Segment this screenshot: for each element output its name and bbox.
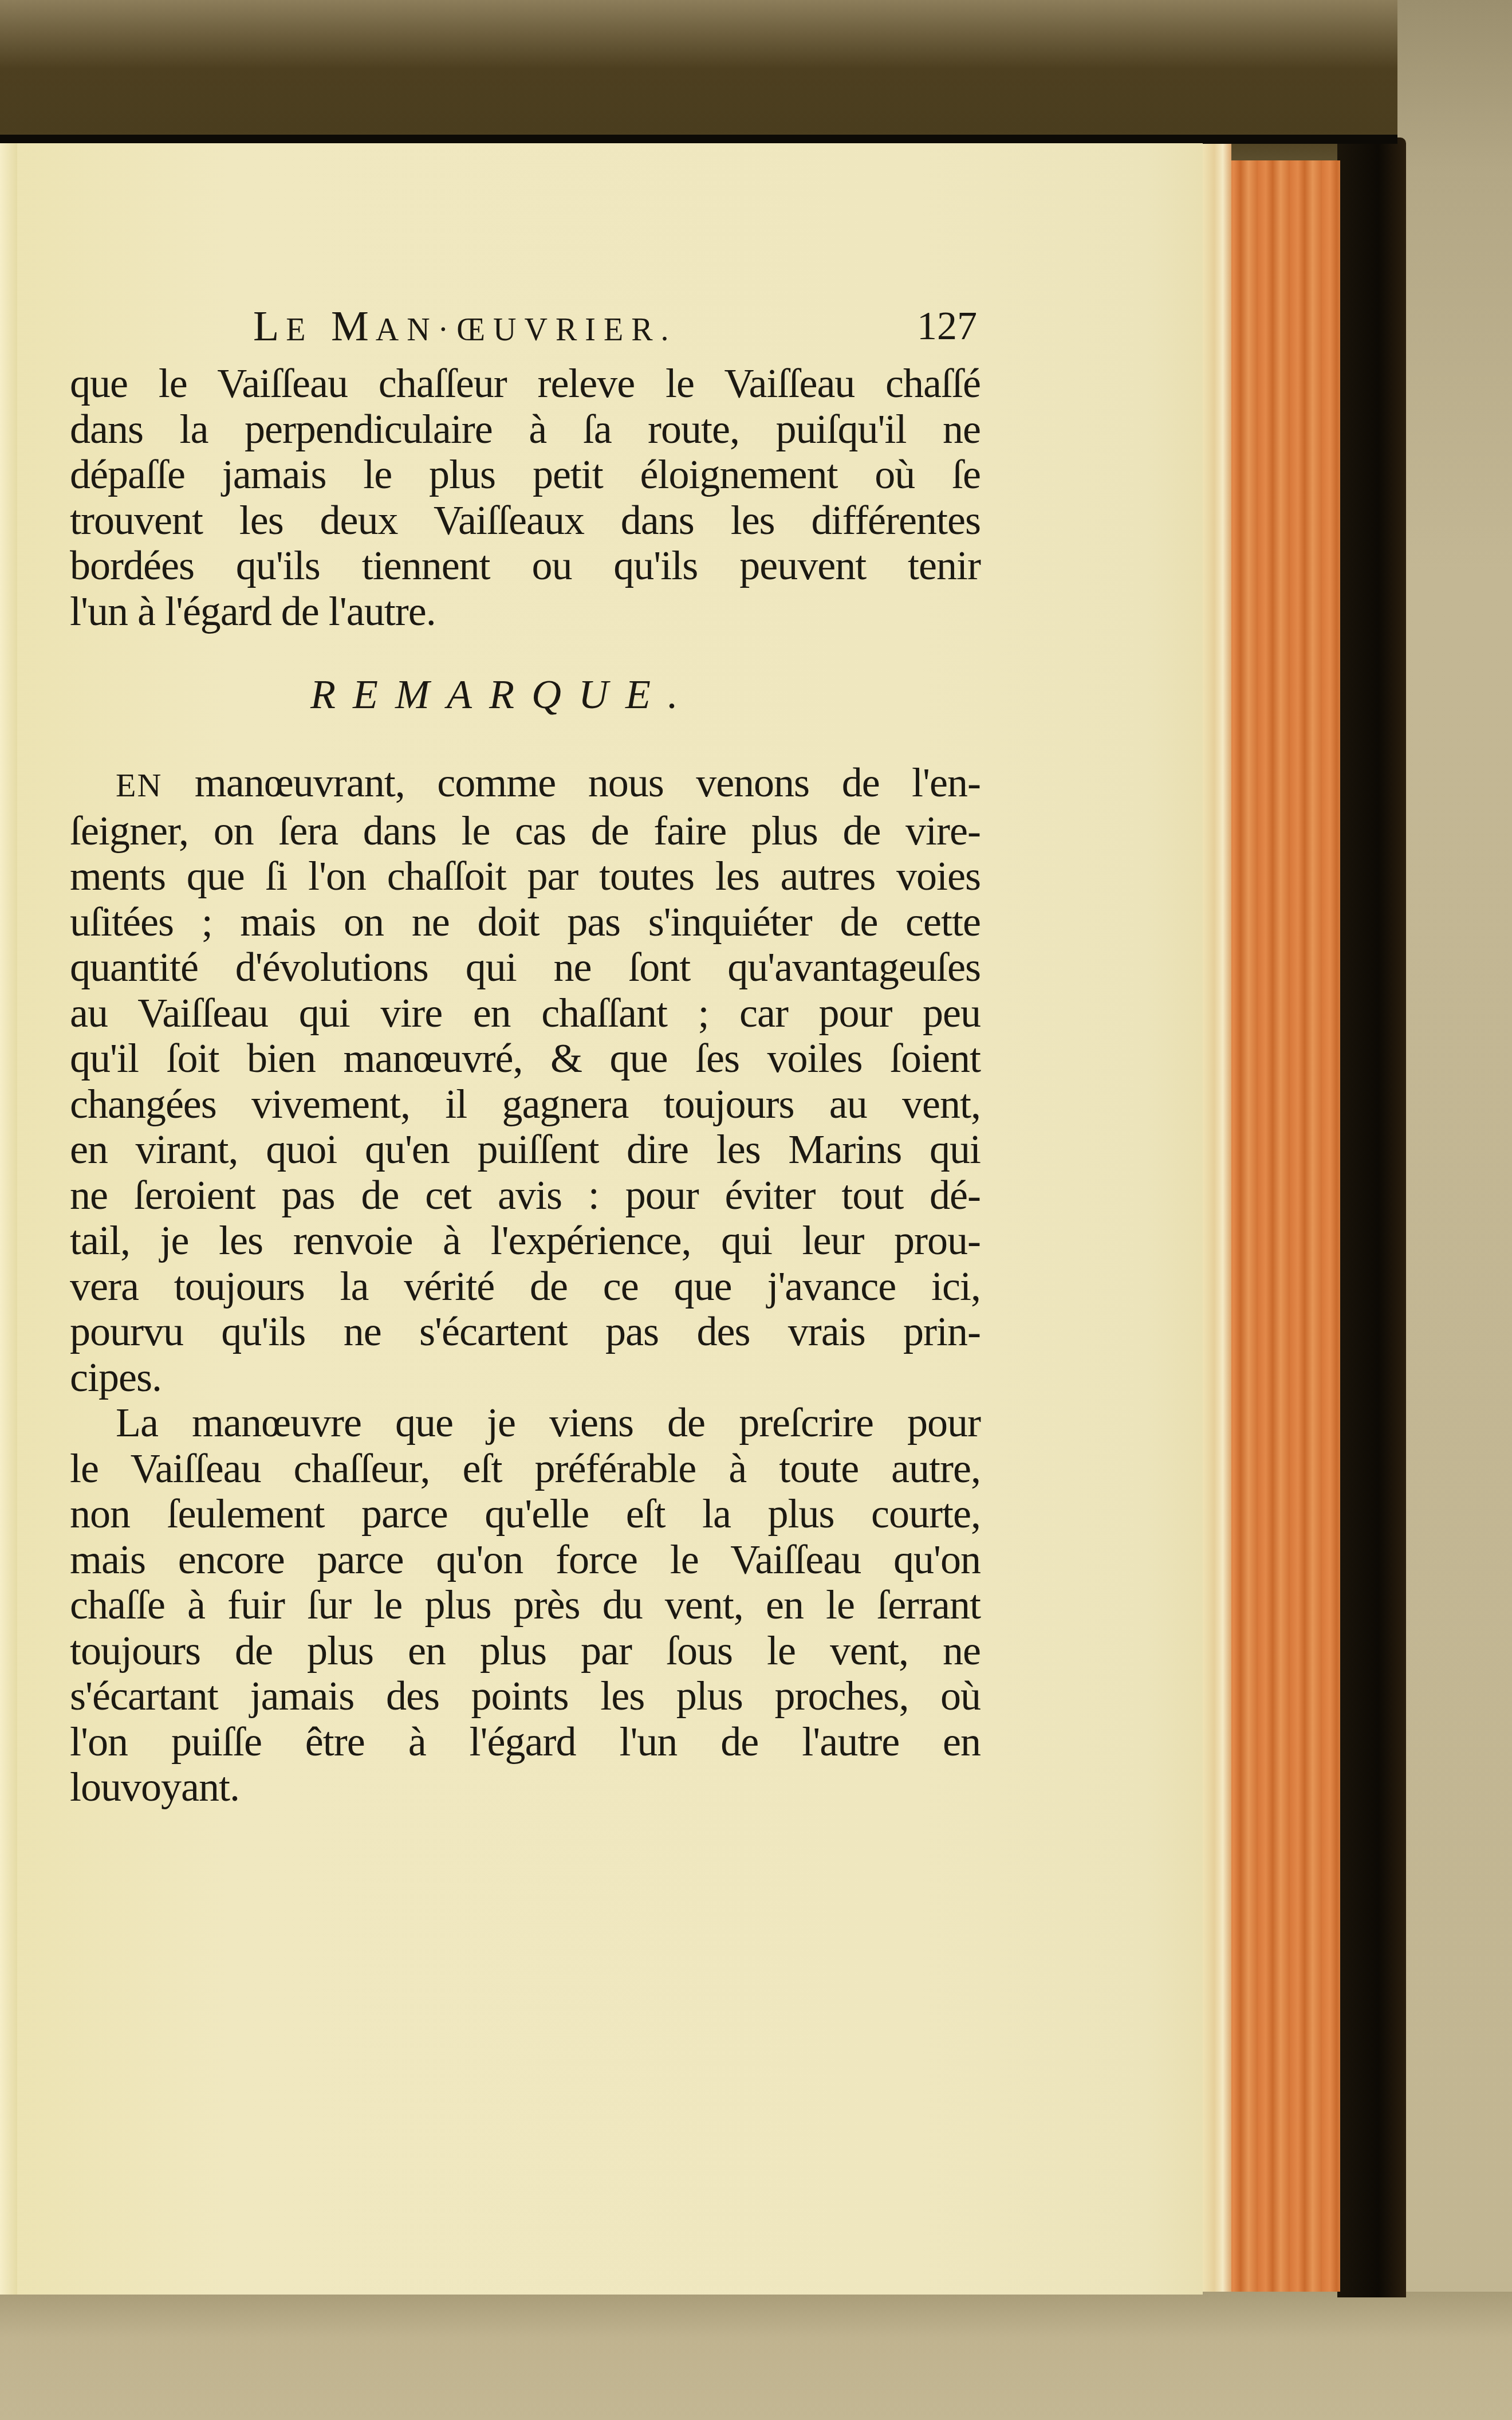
text-line: trouvent les deux Vaiſſeaux dans les dif… — [70, 498, 981, 544]
text-line: uſitées ; mais on ne doit pas s'inquiéte… — [70, 899, 981, 945]
text-line: chaſſe à fuir ſur le plus près du vent, … — [70, 1582, 981, 1628]
page-stack-edge — [1203, 143, 1231, 2292]
drop-initial: EN — [116, 767, 162, 804]
page-number: 127 — [917, 298, 977, 355]
text-line: ſeigner, on ſera dans le cas de faire pl… — [70, 808, 981, 854]
section-heading: REMARQUE. — [70, 666, 981, 723]
text-line: ne ſeroient pas de cet avis : pour évite… — [70, 1173, 981, 1219]
page-gutter — [0, 143, 17, 2295]
text-line: dépaſſe jamais le plus petit éloignement… — [70, 452, 981, 498]
text-line: non ſeulement parce qu'elle eſt la plus … — [70, 1491, 981, 1537]
background-right — [1397, 0, 1512, 2420]
text-line: EN manœuvrant, comme nous venons de l'en… — [70, 760, 981, 808]
book-binding — [1337, 137, 1406, 2297]
text-line: quantité d'évolutions qui ne ſont qu'ava… — [70, 945, 981, 991]
page-fore-edge — [1226, 160, 1340, 2292]
text-line: en virant, quoi qu'en puiſſent dire les … — [70, 1127, 981, 1173]
text-line: cipes. — [70, 1355, 981, 1401]
running-title-part: E — [286, 312, 313, 348]
text-line: au Vaiſſeau qui vire en chaſſant ; car p… — [70, 991, 981, 1036]
text-line: louvoyant. — [70, 1765, 981, 1810]
text-line: que le Vaiſſeau chaſſeur releve le Vaiſſ… — [70, 361, 981, 407]
paragraph-3: La manœuvre que je viens de preſcrire po… — [70, 1400, 981, 1810]
text-line: La manœuvre que je viens de preſcrire po… — [70, 1400, 981, 1446]
text-line: bordées qu'ils tiennent ou qu'ils peuven… — [70, 543, 981, 589]
text-line: qu'il ſoit bien manœuvré, & que ſes voil… — [70, 1036, 981, 1082]
background-bottom — [0, 2292, 1512, 2420]
running-head: LE MAN·ŒUVRIER. 127 — [70, 298, 981, 361]
text-span: manœuvrant, comme nous venons de l'en- — [162, 760, 981, 806]
text-line: l'on puiſſe être à l'égard l'un de l'aut… — [70, 1719, 981, 1765]
text-line: pourvu qu'ils ne s'écartent pas des vrai… — [70, 1309, 981, 1355]
text-line: mais encore parce qu'on force le Vaiſſea… — [70, 1537, 981, 1583]
text-line: toujours de plus en plus par ſous le ven… — [70, 1628, 981, 1674]
page-text-block: LE MAN·ŒUVRIER. 127 que le Vaiſſeau chaſ… — [70, 298, 981, 1810]
text-line: changées vivement, il gagnera toujours a… — [70, 1082, 981, 1127]
paragraph-2: EN manœuvrant, comme nous venons de l'en… — [70, 760, 981, 1400]
text-line: tail, je les renvoie à l'expérience, qui… — [70, 1218, 981, 1264]
running-title-part: AN·ŒUVRIER. — [376, 312, 677, 348]
text-line: s'écartant jamais des points les plus pr… — [70, 1673, 981, 1719]
paragraph-1: que le Vaiſſeau chaſſeur releve le Vaiſſ… — [70, 361, 981, 634]
text-line: ments que ſi l'on chaſſoit par toutes le… — [70, 854, 981, 899]
running-title: LE MAN·ŒUVRIER. — [253, 298, 677, 359]
running-title-initial: L — [253, 303, 286, 350]
text-line: vera toujours la vérité de ce que j'avan… — [70, 1264, 981, 1310]
text-line: l'un à l'égard de l'autre. — [70, 589, 981, 635]
book-top-edge — [0, 135, 1397, 144]
text-line: le Vaiſſeau chaſſeur, eſt préférable à t… — [70, 1446, 981, 1492]
running-title-initial: M — [331, 303, 376, 350]
text-line: dans la perpendiculaire à ſa route, puiſ… — [70, 407, 981, 453]
